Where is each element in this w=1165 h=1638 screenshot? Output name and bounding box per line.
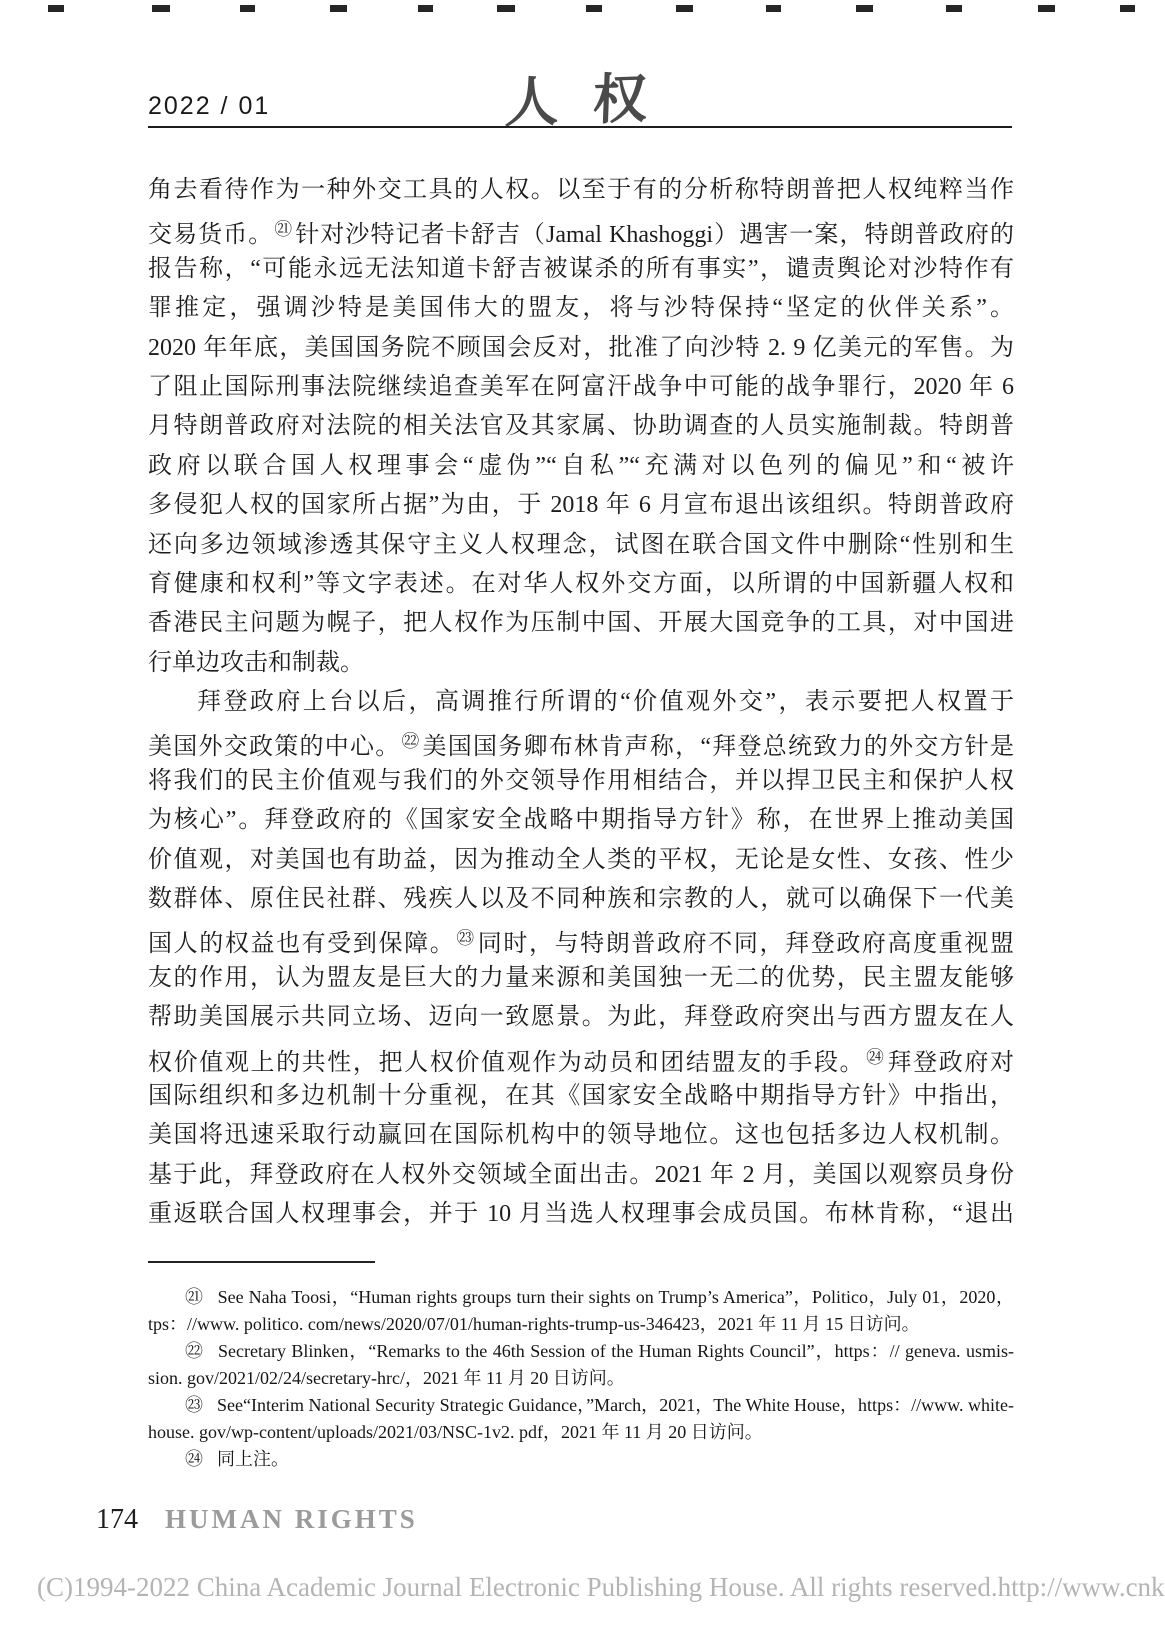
page-number: 174 <box>96 1504 138 1536</box>
footnotes-section: ㉑See Naha Toosi，“Human rights groups tur… <box>148 1284 1014 1473</box>
footnote-line: house. gov/wp-content/uploads/2021/03/NS… <box>148 1419 1014 1446</box>
body-line: 将我们的民主价值观与我们的外交领导作用相结合，并以捍卫民主和保护人权 <box>148 762 1014 801</box>
body-line: 数群体、原住民社群、残疾人以及不同种族和宗教的人，就可以确保下一代美 <box>148 880 1014 919</box>
footnote-line: ㉔同上注。 <box>148 1446 1014 1473</box>
footnote-line: ㉓See“Interim National Security Strategic… <box>148 1392 1014 1419</box>
footnote-marker: ㉑ <box>185 1287 204 1307</box>
body-line: 重返联合国人权理事会，并于 10 月当选人权理事会成员国。布林肯称，“退出 <box>148 1195 1014 1234</box>
body-line: 政府以联合国人权理事会“虚伪”“自私”“充满对以色列的偏见”和“被许 <box>148 447 1014 486</box>
footnote-line: ㉒Secretary Blinken，“Remarks to the 46th … <box>148 1338 1014 1365</box>
body-line: 了阻止国际刑事法院继续追查美军在阿富汗战争中可能的战争罪行，2020 年 6 <box>148 368 1014 407</box>
body-line: 价值观，对美国也有助益，因为推动全人类的平权，无论是女性、女孩、性少 <box>148 841 1014 880</box>
footnote-line: ㉑See Naha Toosi，“Human rights groups tur… <box>148 1284 1014 1311</box>
footnote-line: tps：//www. politico. com/news/2020/07/01… <box>148 1311 1014 1338</box>
body-line: 月特朗普政府对法院的相关法官及其家属、协助调查的人员实施制裁。特朗普 <box>148 407 1014 446</box>
footnote-marker: ㉒ <box>185 1341 204 1361</box>
body-line: 为核心”。拜登政府的《国家安全战略中期指导方针》称，在世界上推动美国 <box>148 801 1014 840</box>
body-line: 交易货币。㉑针对沙特记者卡舒吉（Jamal Khashoggi）遇害一案，特朗普… <box>148 210 1014 249</box>
body-line: 角去看待作为一种外交工具的人权。以至于有的分析称特朗普把人权纯粹当作 <box>148 171 1014 210</box>
copyright-notice: (C)1994-2022 China Academic Journal Elec… <box>37 1572 1129 1603</box>
footnote-ref: ㉒ <box>402 731 421 751</box>
issue-label: 2022 / 01 <box>148 92 270 121</box>
body-line: 报告称，“可能永远无法知道卡舒吉被谋杀的所有事实”，谴责舆论对沙特作有 <box>148 250 1014 289</box>
body-line: 友的作用，认为盟友是巨大的力量来源和美国独一无二的优势，民主盟友能够 <box>148 959 1014 998</box>
body-line: 行单边攻击和制裁。 <box>148 644 1014 683</box>
journal-scan-page: 2022 / 01 人权 角去看待作为一种外交工具的人权。以至于有的分析称特朗普… <box>0 0 1165 1638</box>
footnote-ref: ㉔ <box>866 1047 885 1067</box>
body-line: 美国将迅速采取行动赢回在国际机构中的领导地位。这也包括多边人权机制。 <box>148 1116 1014 1155</box>
body-line: 2020 年年底，美国国务院不顾国会反对，批准了向沙特 2. 9 亿美元的军售。… <box>148 329 1014 368</box>
body-line: 帮助美国展示共同立场、迈向一致愿景。为此，拜登政府突出与西方盟友在人 <box>148 998 1014 1037</box>
journal-name: HUMAN RIGHTS <box>165 1504 418 1535</box>
body-line: 国人的权益也有受到保障。㉓同时，与特朗普政府不同，拜登政府高度重视盟 <box>148 919 1014 958</box>
copyright-url: http://www.cnki.net <box>998 1572 1165 1603</box>
article-body: 角去看待作为一种外交工具的人权。以至于有的分析称特朗普把人权纯粹当作交易货币。㉑… <box>148 171 1014 1235</box>
header-rule <box>148 126 1012 128</box>
body-line: 罪推定，强调沙特是美国伟大的盟友，将与沙特保持“坚定的伙伴关系”。 <box>148 289 1014 328</box>
footnote-marker: ㉔ <box>185 1449 203 1469</box>
page-footer: 174 HUMAN RIGHTS <box>96 1504 418 1536</box>
footnote-line: sion. gov/2021/02/24/secretary-hrc/，2021… <box>148 1365 1014 1392</box>
footnote-marker: ㉓ <box>185 1395 203 1415</box>
body-line: 国际组织和多边机制十分重视，在其《国家安全战略中期指导方针》中指出， <box>148 1077 1014 1116</box>
body-line: 拜登政府上台以后，高调推行所谓的“价值观外交”，表示要把人权置于 <box>148 683 1014 722</box>
body-line: 权价值观上的共性，把人权价值观作为动员和团结盟友的手段。㉔拜登政府对 <box>148 1038 1014 1077</box>
footnote-separator <box>148 1261 375 1263</box>
copyright-text: (C)1994-2022 China Academic Journal Elec… <box>37 1572 998 1603</box>
footnote-ref: ㉓ <box>456 928 475 948</box>
body-line: 还向多边领域渗透其保守主义人权理念，试图在联合国文件中删除“性别和生 <box>148 526 1014 565</box>
body-line: 基于此，拜登政府在人权外交领域全面出击。2021 年 2 月，美国以观察员身份 <box>148 1156 1014 1195</box>
footnote-ref: ㉑ <box>274 219 293 239</box>
body-line: 育健康和权利”等文字表述。在对华人权外交方面，以所谓的中国新疆人权和 <box>148 565 1014 604</box>
body-line: 香港民主问题为幌子，把人权作为压制中国、开展大国竞争的工具，对中国进 <box>148 604 1014 643</box>
body-line: 美国外交政策的中心。㉒美国国务卿布林肯声称，“拜登总统致力的外交方针是 <box>148 722 1014 761</box>
body-line: 多侵犯人权的国家所占据”为由，于 2018 年 6 月宣布退出该组织。特朗普政府 <box>148 486 1014 525</box>
